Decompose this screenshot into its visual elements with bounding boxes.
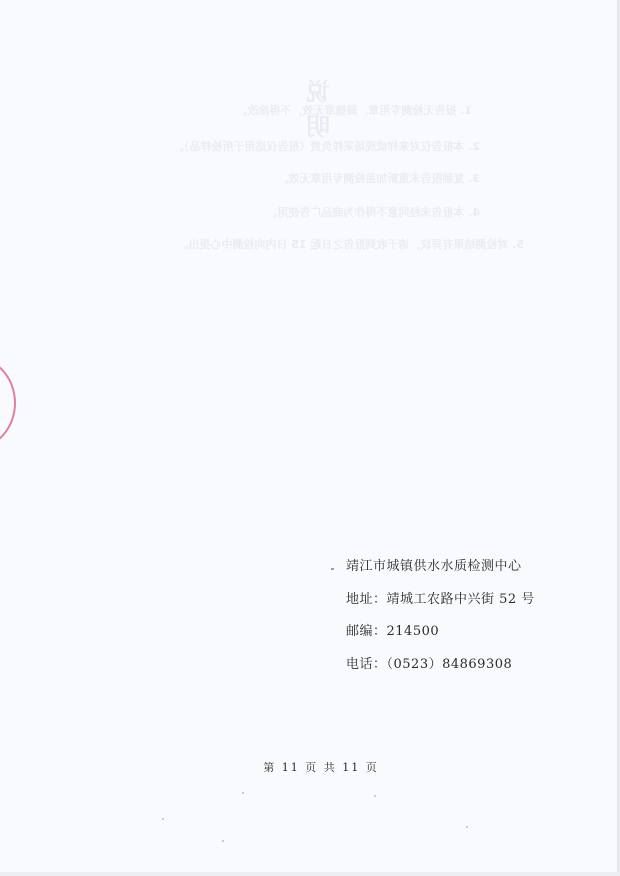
organization-name: 靖江市城镇供水水质检测中心: [346, 560, 535, 593]
scan-speck: [374, 795, 376, 797]
bleed-through-line: 1. 报告无检测专用章、骑缝章无效，不得涂改。: [236, 102, 472, 118]
contact-block: 靖江市城镇供水水质检测中心 地址：靖城工农路中兴街 52 号 邮编：214500…: [346, 560, 535, 691]
scan-speck: [162, 818, 164, 820]
address: 地址：靖城工农路中兴街 52 号: [346, 593, 535, 626]
scan-speck: [466, 826, 468, 828]
bleed-through-line: 5. 对检测结果有异议，请于收到报告之日起 15 日内向检测中心提出。: [177, 236, 524, 252]
page-indicator: 第 11 页 共 11 页: [0, 759, 620, 775]
bleed-through-line: 2. 本报告仅对来样或现场采样负责（报告仅适用于所检样品）。: [173, 138, 480, 154]
scan-speck: [222, 840, 224, 842]
seal-stamp-arc: [0, 356, 16, 450]
bleed-through-line: 4. 本报告未经同意不得作为商品广告使用。: [266, 204, 480, 220]
page-edge-bottom: [0, 872, 620, 876]
scan-mark: [331, 568, 334, 570]
scan-speck: [242, 792, 244, 794]
document-page: 说 明 1. 报告无检测专用章、骑缝章无效，不得涂改。 2. 本报告仅对来样或现…: [0, 0, 620, 876]
phone: 电话：（0523）84869308: [346, 658, 535, 691]
postcode: 邮编：214500: [346, 625, 535, 658]
bleed-through-line: 3. 复制报告未重新加盖检测专用章无效。: [277, 170, 480, 186]
